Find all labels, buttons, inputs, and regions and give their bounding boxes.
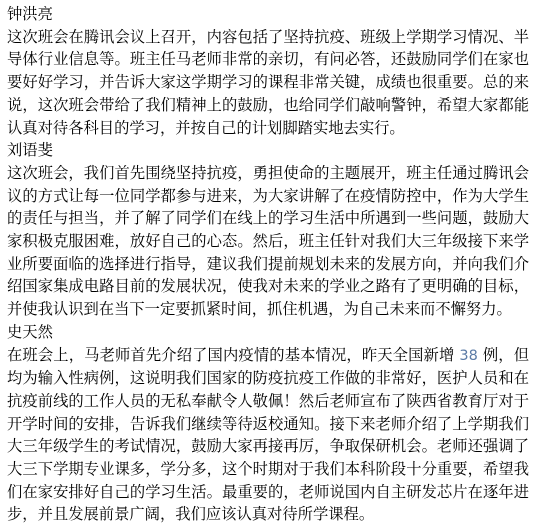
- journal-entry: 钟洪亮 这次班会在腾讯会议上召开，内容包括了坚持抗疫、班级上学期学习情况、半导体…: [7, 3, 529, 139]
- entry-author: 刘语斐: [7, 139, 529, 162]
- journal-entry: 史天然 在班会上，马老师首先介绍了国内疫情的基本情况，昨天全国新增 38 例，但…: [7, 321, 529, 524]
- entry-text-segment: 例，但均为输入性病例，这说明我们国家的防疫抗疫工作做的非常好，医护人员和在抗疫前…: [7, 346, 529, 524]
- entry-author: 钟洪亮: [7, 3, 529, 26]
- journal-entry: 刘语斐 这次班会，我们首先围绕坚持抗疫，勇担使命的主题展开，班主任通过腾讯会议的…: [7, 139, 529, 321]
- case-count-number: 38: [459, 348, 477, 364]
- entry-text: 这次班会在腾讯会议上召开，内容包括了坚持抗疫、班级上学期学习情况、半导体行业信息…: [7, 26, 529, 140]
- document-page: 钟洪亮 这次班会在腾讯会议上召开，内容包括了坚持抗疫、班级上学期学习情况、半导体…: [0, 0, 533, 524]
- entry-text: 在班会上，马老师首先介绍了国内疫情的基本情况，昨天全国新增 38 例，但均为输入…: [7, 344, 529, 524]
- entry-author: 史天然: [7, 321, 529, 344]
- entry-text-segment: 在班会上，马老师首先介绍了国内疫情的基本情况，昨天全国新增: [7, 346, 459, 364]
- entry-text: 这次班会，我们首先围绕坚持抗疫，勇担使命的主题展开，班主任通过腾讯会议的方式让每…: [7, 162, 529, 321]
